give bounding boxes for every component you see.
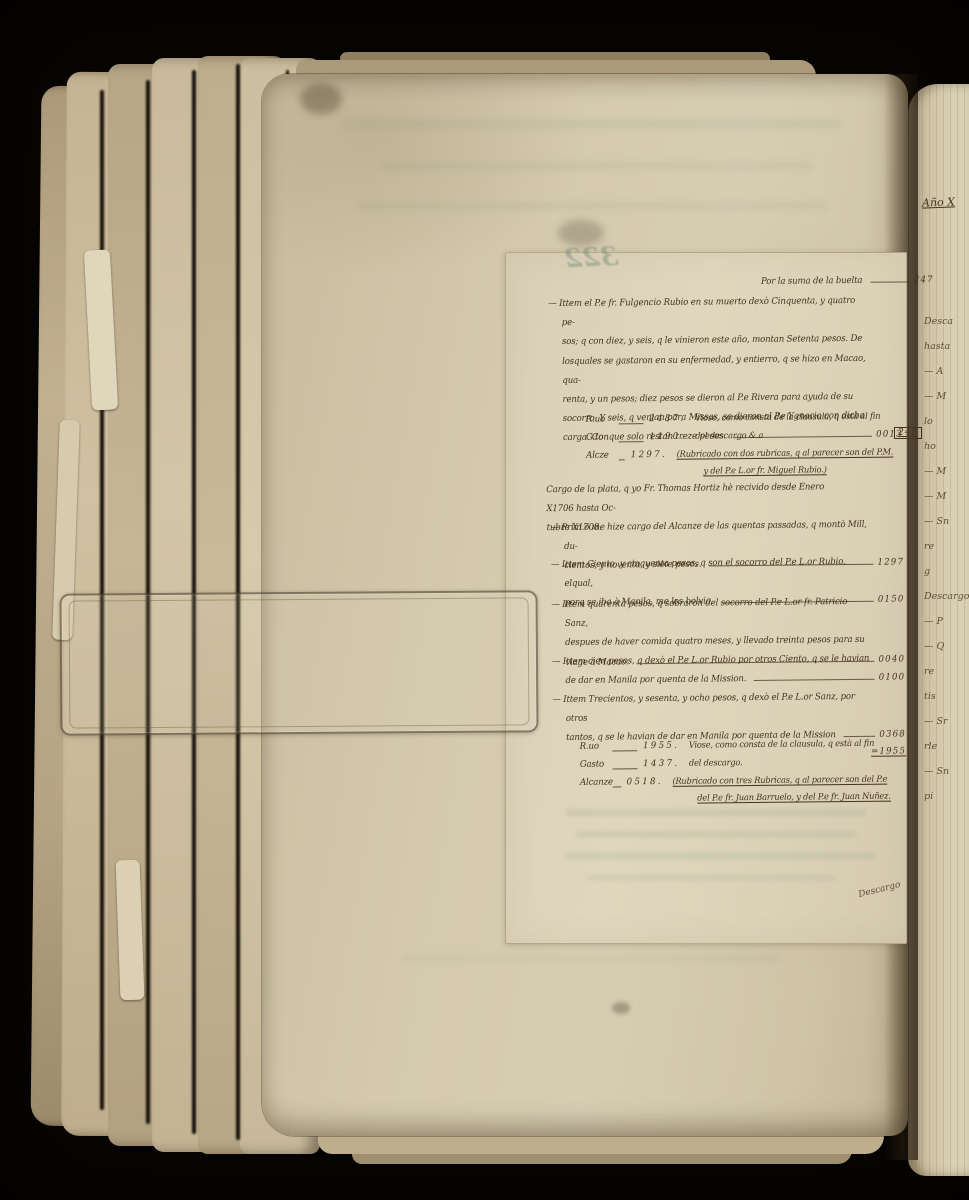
- row-value: 0518.: [627, 773, 663, 791]
- year-heading: Año X: [922, 195, 955, 209]
- dash: [618, 422, 643, 424]
- entry-line: — Ittem quarenta pesos, q sobraron del s…: [565, 593, 873, 635]
- cargo-heading-line: Cargo de la plata, q yo Fr. Thomas Horti…: [546, 478, 854, 520]
- row-label: R.uo: [586, 410, 619, 428]
- summary-block-second: R.uo 1955. Viose, como consta de la clau…: [580, 735, 888, 809]
- entry-line: — Ittem cien pesos, q dexò el P.e L.or R…: [565, 650, 872, 672]
- summary-row: Alcze 1297. (Rubricado con dos rubricas,…: [586, 444, 893, 465]
- row-value: 1437.: [643, 755, 679, 773]
- catchword: Descargo: [857, 880, 901, 900]
- summary-row: R.uo 2487. Viose, como consta de la clau…: [586, 408, 893, 429]
- archival-book-photo: Año X Descahasta— A— Mloho— M— M— SnregD…: [0, 0, 969, 1200]
- bleedthrough-line: [357, 202, 827, 210]
- stain: [612, 1002, 630, 1014]
- cargo-entry: — Ittem cien pesos, q dexò el P.e L.or R…: [565, 650, 873, 692]
- row-note: (Rubricado con tres Rubricas, q al parec…: [672, 771, 887, 791]
- entry-amount: 0100: [879, 669, 906, 688]
- summary-row: R.uo 1955. Viose, como consta de la clau…: [580, 735, 887, 756]
- closing-text: de dar en Manila por quenta de la Missio…: [565, 670, 746, 691]
- entry-line: sos; q con diez, y seis, q le vinieron e…: [562, 330, 869, 352]
- entry-amount: 0150: [878, 591, 905, 610]
- entry-line: — Ittem Trecientos, y sesenta, y ocho pe…: [566, 688, 874, 730]
- inserted-account-sheet: 322 Por la suma de la buelta 247 — Ittem…: [505, 252, 907, 944]
- bleedthrough-line: [566, 809, 866, 816]
- row-note: Viose, como consta de la clausula, q est…: [689, 735, 875, 755]
- dash-leader: [870, 280, 910, 282]
- entry-amount: 1297: [877, 554, 904, 573]
- dash: [612, 767, 637, 769]
- row-note: del descargo.: [689, 754, 743, 773]
- carryover-text: Por la suma de la buelta: [761, 272, 863, 292]
- carryover-amount: 247: [914, 271, 934, 290]
- torn-paper-scrap: [116, 860, 145, 1001]
- stain: [300, 84, 342, 114]
- row-note: del descargo &.a: [695, 427, 763, 446]
- dash: [619, 458, 625, 460]
- bleedthrough-line: [342, 120, 842, 129]
- dash: [612, 749, 637, 751]
- carryover-line: Por la suma de la buelta 247: [761, 271, 901, 292]
- entry-amount: 0040: [878, 650, 905, 669]
- row-value: 1190.: [649, 428, 685, 446]
- row-value: 1297.: [631, 446, 667, 464]
- row-label: R.uo: [580, 737, 613, 755]
- row-label: G.to: [586, 428, 619, 446]
- bleedthrough-line: [586, 875, 836, 881]
- row-note: Viose, como consta de la clausula, q est…: [695, 408, 881, 428]
- bleedthrough-line: [382, 162, 812, 170]
- dash: [613, 785, 621, 787]
- entry-line: — Ittem Ciento, y cinquenta pesos, q son…: [564, 553, 872, 595]
- glass-weight-strip: [60, 590, 539, 735]
- folio-number-boxed: 248: [894, 427, 922, 439]
- dash-leader: [754, 678, 875, 681]
- row-label: Alcze: [586, 446, 619, 464]
- row-value: 2487.: [649, 410, 685, 428]
- row-label: Gasto: [580, 755, 613, 773]
- dash: [619, 440, 644, 442]
- bleedthrough-line: [576, 831, 856, 837]
- bleedthrough-ghost-number: 322: [563, 242, 619, 275]
- entry-line: losquales se gastaron en su enfermedad, …: [562, 349, 870, 391]
- row-value: 1955.: [643, 737, 679, 755]
- entry-line: — Ittem el P.e fr. Fulgencio Rubio en su…: [561, 292, 869, 334]
- bleedthrough-line: [402, 954, 782, 962]
- bleedthrough-line: [564, 853, 874, 859]
- row-label: Alcanze: [580, 773, 613, 791]
- rubric-note-continuation: del P.e fr. Juan Barruelo, y del P.e fr.…: [697, 789, 887, 808]
- row-note: (Rubricado con dos rubricas, q al parece…: [677, 444, 894, 464]
- entry-line: — Prim.o me hize cargo del Alcanze de la…: [564, 516, 872, 558]
- facing-page-text-fragments: Descahasta— A— Mloho— M— M— SnregDescarg…: [924, 316, 969, 816]
- summary-block-first: R.uo 2487. Viose, como consta de la clau…: [586, 408, 894, 482]
